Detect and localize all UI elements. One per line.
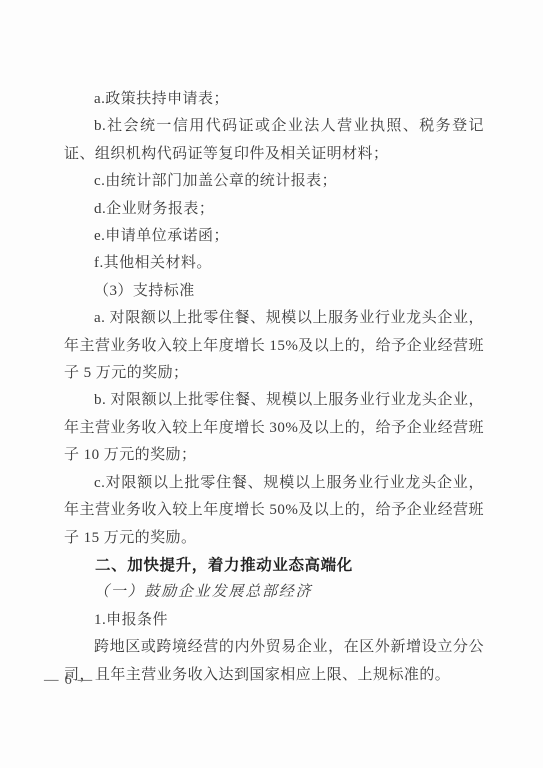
list-item-b-materials: b.社会统一信用代码证或企业法人营业执照、税务登记证、组织机构代码证等复印件及相… xyxy=(64,113,484,168)
standard-item-c: c.对限额以上批零住餐、规模以上服务业行业龙头企业，年主营业务收入较上年度增长 … xyxy=(64,470,484,552)
subsection-support-standard: （3）支持标准 xyxy=(64,278,484,305)
section-heading-2: 二、加快提升，着力推动业态高端化 xyxy=(64,552,484,579)
list-item-d-materials: d.企业财务报表； xyxy=(64,196,484,223)
clause-condition-text: 跨地区或跨境经营的内外贸易企业，在区外新增设立分公司，且年主营业务收入达到国家相… xyxy=(64,634,484,689)
standard-item-a: a. 对限额以上批零住餐、规模以上服务业行业龙头企业，年主营业务收入较上年度增长… xyxy=(64,305,484,387)
standard-item-b: b. 对限额以上批零住餐、规模以上服务业行业龙头企业，年主营业务收入较上年度增长… xyxy=(64,387,484,469)
document-body: a.政策扶持申请表； b.社会统一信用代码证或企业法人营业执照、税务登记证、组织… xyxy=(64,86,484,689)
list-item-f-materials: f.其他相关材料。 xyxy=(64,250,484,277)
list-item-c-materials: c.由统计部门加盖公章的统计报表； xyxy=(64,168,484,195)
document-page: a.政策扶持申请表； b.社会统一信用代码证或企业法人营业执照、税务登记证、组织… xyxy=(0,0,543,768)
list-item-a-materials: a.政策扶持申请表； xyxy=(64,86,484,113)
clause-application-conditions: 1.申报条件 xyxy=(64,607,484,634)
subsection-heading-1: （一）鼓励企业发展总部经济 xyxy=(64,579,484,606)
page-number: — 6 — xyxy=(44,672,93,689)
list-item-e-materials: e.申请单位承诺函； xyxy=(64,223,484,250)
